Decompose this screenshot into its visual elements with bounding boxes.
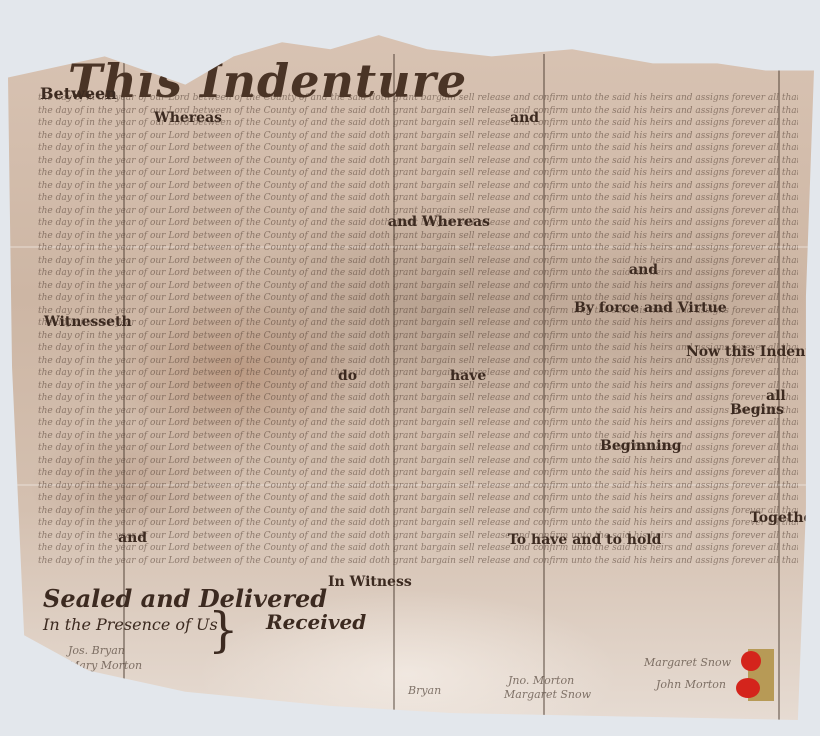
text-line: the day of in the year of our Lord betwe…: [38, 555, 798, 568]
text-line: the day of in the year of our Lord betwe…: [38, 155, 798, 168]
heading-in-witness: In Witness: [328, 574, 412, 590]
text-line: the day of in the year of our Lord betwe…: [38, 505, 798, 518]
text-line: the day of in the year of our Lord betwe…: [38, 492, 798, 505]
heading-and: and: [629, 262, 658, 278]
heading-begins: Begins: [730, 402, 784, 418]
brace-glyph: }: [208, 602, 239, 658]
heading-do: do: [338, 368, 357, 384]
heading-by-force: By force and Virtue: [574, 300, 727, 316]
text-line: the day of in the year of our Lord betwe…: [38, 367, 798, 380]
heading-witnesseth: Witnesseth: [44, 314, 132, 330]
document-title: This Indenture: [68, 54, 467, 108]
text-line: the day of in the year of our Lord betwe…: [38, 455, 798, 468]
center-signature: Jno. Morton: [508, 674, 574, 687]
heading-and: and: [118, 530, 147, 546]
text-line: the day of in the year of our Lord betwe…: [38, 392, 798, 405]
text-line: the day of in the year of our Lord betwe…: [38, 280, 798, 293]
heading-between: Between: [40, 84, 117, 103]
text-line: the day of in the year of our Lord betwe…: [38, 467, 798, 480]
center-signature: Margaret Snow: [504, 688, 591, 701]
text-line: the day of in the year of our Lord betwe…: [38, 430, 798, 443]
heading-and: and: [510, 110, 539, 126]
text-line: the day of in the year of our Lord betwe…: [38, 180, 798, 193]
heading-and-whereas: and Whereas: [388, 214, 490, 230]
grantor-signature: Margaret Snow: [644, 656, 731, 669]
text-line: the day of in the year of our Lord betwe…: [38, 417, 798, 430]
heading-whereas: Whereas: [154, 110, 222, 126]
heading-to-have-and-to-hold: To have and to hold: [508, 532, 661, 548]
text-line: the day of in the year of our Lord betwe…: [38, 342, 798, 355]
received-label: Received: [266, 610, 366, 634]
witness-signature: Mary Morton: [68, 659, 142, 672]
text-line: the day of in the year of our Lord betwe…: [38, 167, 798, 180]
text-line: the day of in the year of our Lord betwe…: [38, 480, 798, 493]
heading-together: Together: [750, 510, 820, 526]
text-line: the day of in the year of our Lord betwe…: [38, 267, 798, 280]
heading-beginning: Beginning: [600, 438, 682, 454]
witness-signature: Jos. Bryan: [68, 644, 125, 657]
wax-seal-icon: [736, 678, 760, 698]
receipt-block: Received: [266, 610, 366, 634]
text-line: the day of in the year of our Lord betwe…: [38, 255, 798, 268]
text-line: the day of in the year of our Lord betwe…: [38, 117, 798, 130]
text-line: the day of in the year of our Lord betwe…: [38, 142, 798, 155]
text-line: the day of in the year of our Lord betwe…: [38, 230, 798, 243]
text-line: the day of in the year of our Lord betwe…: [38, 130, 798, 143]
receipt-signature: Bryan: [408, 684, 441, 697]
parchment-document: the day of in the year of our Lord betwe…: [8, 14, 814, 720]
heading-have: have: [450, 368, 486, 384]
text-line: the day of in the year of our Lord betwe…: [38, 405, 798, 418]
text-line: the day of in the year of our Lord betwe…: [38, 442, 798, 455]
body-text: the day of in the year of our Lord betwe…: [38, 92, 798, 572]
text-line: the day of in the year of our Lord betwe…: [38, 530, 798, 543]
text-line: the day of in the year of our Lord betwe…: [38, 355, 798, 368]
text-line: the day of in the year of our Lord betwe…: [38, 317, 798, 330]
text-line: the day of in the year of our Lord betwe…: [38, 517, 798, 530]
sealed-delivered-label: Sealed and Delivered: [43, 584, 327, 613]
text-line: the day of in the year of our Lord betwe…: [38, 192, 798, 205]
grantor-signature: John Morton: [656, 678, 726, 691]
text-line: the day of in the year of our Lord betwe…: [38, 542, 798, 555]
text-line: the day of in the year of our Lord betwe…: [38, 242, 798, 255]
wax-seal-icon: [741, 651, 761, 671]
heading-now-this-indenture: Now this Indenture: [686, 344, 820, 360]
text-line: the day of in the year of our Lord betwe…: [38, 380, 798, 393]
text-line: the day of in the year of our Lord betwe…: [38, 330, 798, 343]
